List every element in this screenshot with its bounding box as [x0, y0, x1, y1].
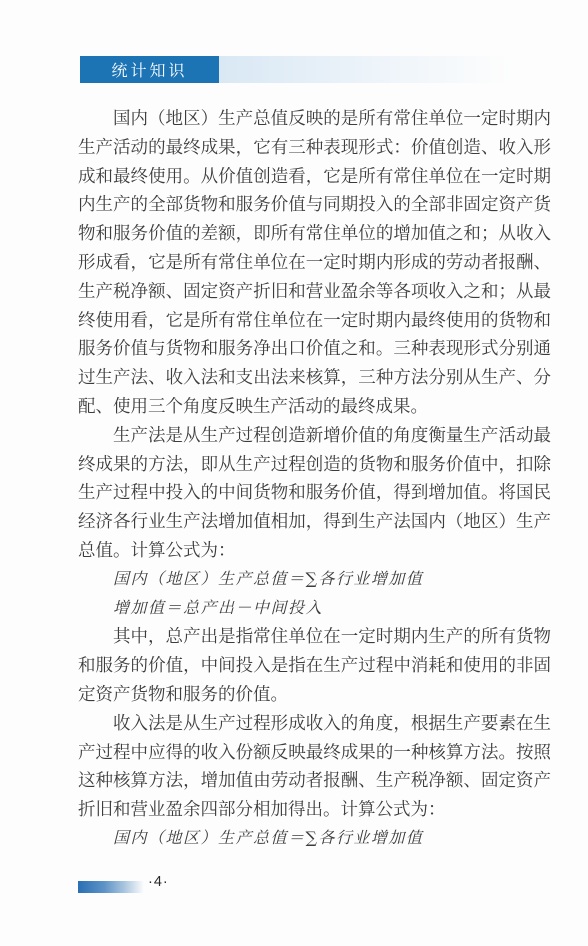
chapter-header-title: 统计知识: [111, 58, 187, 81]
paragraph-gross-output-note: 其中，总产出是指常住单位在一定时期内生产的所有货物和服务的价值，中间投入是指在生…: [78, 622, 551, 708]
footer-gradient-bar: [78, 881, 144, 893]
formula-gdp-sum-of-value-added: 国内（地区）生产总值＝∑各行业增加值: [78, 565, 551, 594]
paragraph-production-method: 生产法是从生产过程创造新增价值的角度衡量生产活动最终成果的方法，即从生产过程创造…: [78, 421, 551, 565]
chapter-header-gradient: [219, 56, 511, 83]
body-text-block: 国内（地区）生产总值反映的是所有常住单位一定时期内生产活动的最终成果，它有三种表…: [78, 104, 551, 853]
chapter-header-box: 统计知识: [80, 56, 219, 83]
paragraph-gdp-definition: 国内（地区）生产总值反映的是所有常住单位一定时期内生产活动的最终成果，它有三种表…: [78, 104, 551, 421]
paragraph-income-method: 收入法是从生产过程形成收入的角度，根据生产要素在生产过程中应得的收入份额反映最终…: [78, 709, 551, 824]
page-number: ·4·: [148, 874, 169, 890]
document-page: 统计知识 国内（地区）生产总值反映的是所有常住单位一定时期内生产活动的最终成果，…: [0, 0, 588, 946]
formula-gdp-sum-of-value-added-2: 国内（地区）生产总值＝∑各行业增加值: [78, 824, 551, 853]
chapter-header-band: 统计知识: [80, 56, 511, 83]
formula-value-added: 增加值＝总产出－中间投入: [78, 594, 551, 623]
